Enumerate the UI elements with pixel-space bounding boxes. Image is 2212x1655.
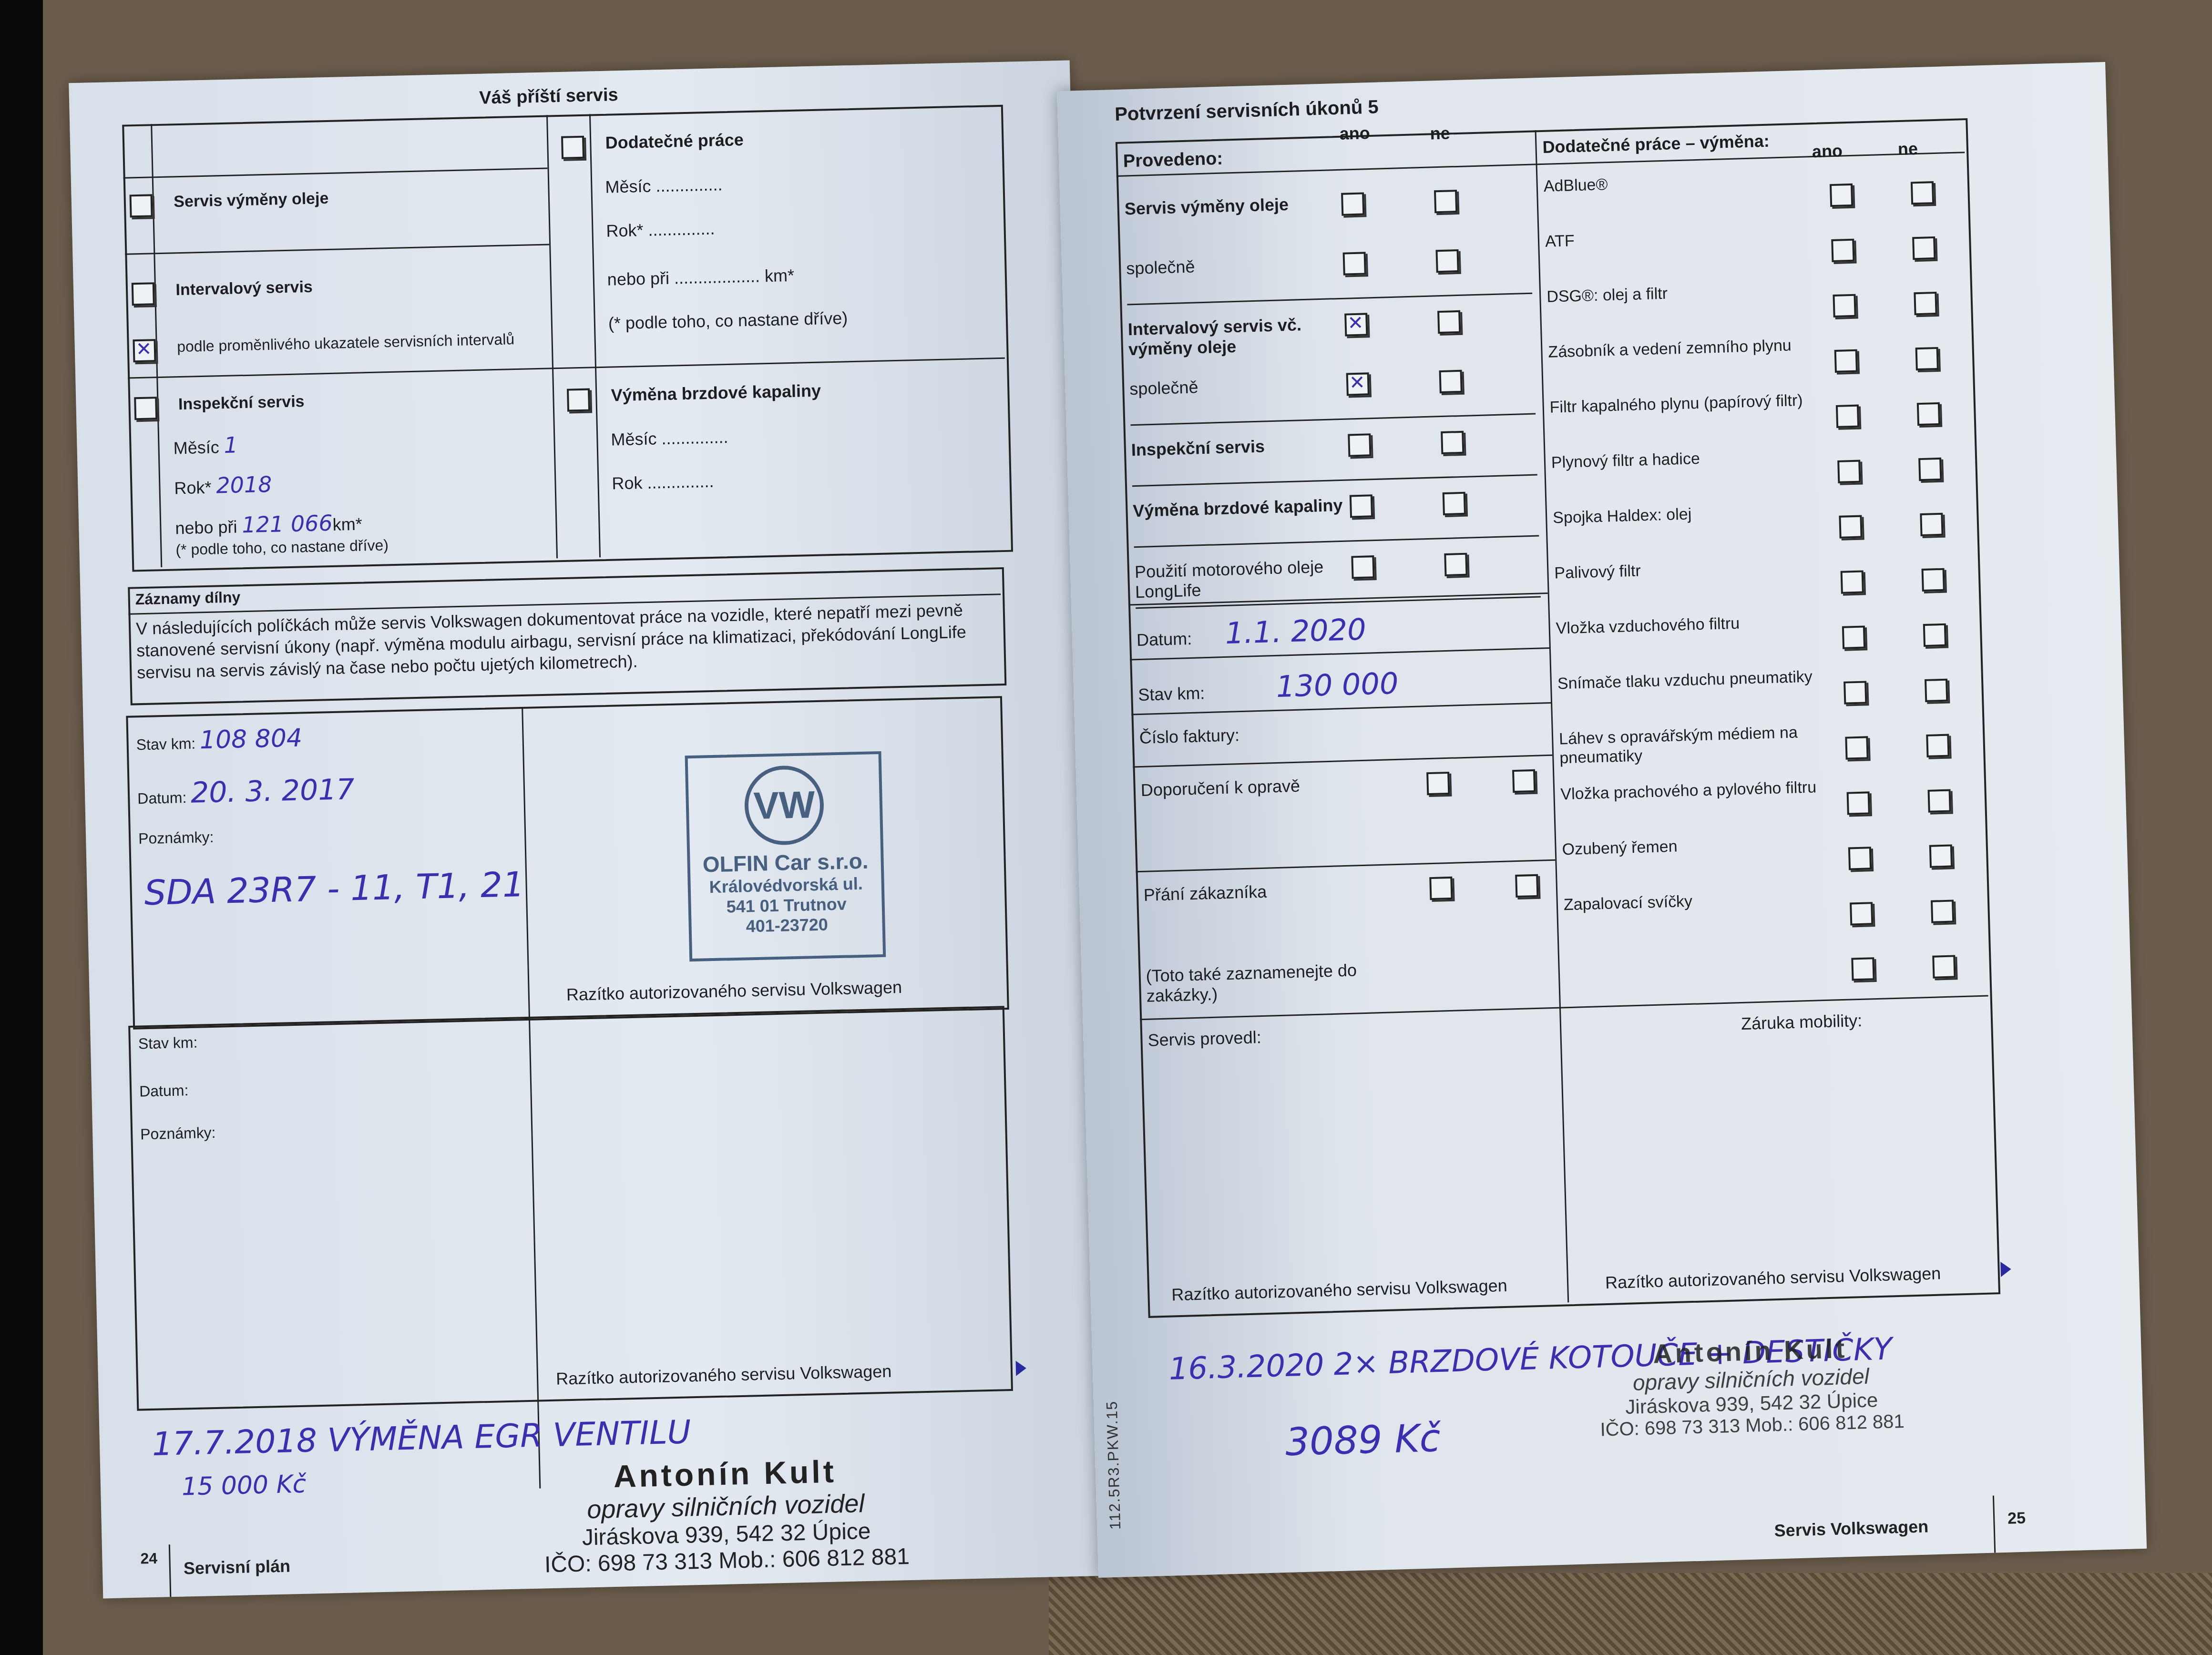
performed-no-checkbox[interactable] <box>1443 492 1466 515</box>
invoice-field[interactable]: Číslo faktury: <box>1139 725 1239 748</box>
performed-row: Servis výměny oleje <box>1124 174 1530 245</box>
left-page-number: 24 <box>140 1550 157 1568</box>
additional-no-checkbox[interactable] <box>1925 679 1948 702</box>
date-field: Datum: 1.1. 2020 <box>1136 612 1367 653</box>
performed-col-yes: ano <box>1339 123 1370 144</box>
additional-no-checkbox[interactable] <box>1929 845 1953 868</box>
additional-no-checkbox[interactable] <box>1912 236 1935 260</box>
performed-no-checkbox[interactable] <box>1435 249 1459 273</box>
record-1-date: Datum: 20. 3. 2017 <box>137 773 355 811</box>
interval-service-item[interactable]: Intervalový servis <box>132 278 313 306</box>
repair-recommendation-no-checkbox[interactable] <box>1512 769 1536 793</box>
workshop-records-title: Záznamy dílny <box>135 588 240 608</box>
additional-no-checkbox[interactable] <box>1926 734 1949 757</box>
kult-stamp-right: Antonín Kult opravy silničních vozidel J… <box>1583 1331 1919 1441</box>
performed-yes-checkbox[interactable] <box>1348 433 1371 457</box>
brake-fluid-block: Výměna brzdové kapaliny Měsíc ..........… <box>567 377 998 494</box>
additional-yes-checkbox[interactable] <box>1831 239 1854 262</box>
additional-no-checkbox[interactable] <box>1917 402 1940 426</box>
performed-no-checkbox[interactable] <box>1437 310 1461 334</box>
performed-yes-checkbox[interactable] <box>1351 555 1374 579</box>
oil-service-checkbox[interactable] <box>130 194 153 217</box>
additional-no-checkbox[interactable] <box>1914 292 1937 315</box>
additional-yes-checkbox[interactable] <box>1834 349 1858 373</box>
performed-no-checkbox[interactable] <box>1439 370 1463 393</box>
handwritten-note-left-line1: 17.7.2018 VÝMĚNA EGR VENTILU <box>152 1413 691 1463</box>
performed-list: Servis výměny olejespolečněIntervalový s… <box>1124 174 1541 609</box>
right-page: Potvrzení servisních úkonů 5 Provedeno: … <box>1057 62 2147 1578</box>
additional-yes-checkbox[interactable] <box>1850 902 1873 925</box>
additional-no-checkbox[interactable] <box>1920 513 1943 536</box>
variable-indicator-checkbox[interactable] <box>133 339 156 362</box>
additional-list: AdBlue®ATFDSG®: olej a filtrZásobník a v… <box>1543 162 1981 1002</box>
customer-wish-yes-checkbox[interactable] <box>1429 877 1453 900</box>
additional-yes-checkbox[interactable] <box>1848 847 1872 870</box>
performed-no-checkbox[interactable] <box>1444 553 1467 576</box>
performed-row: Inspekční servis <box>1131 415 1537 487</box>
inspection-month-value: 1 <box>224 432 238 458</box>
additional-col-no: ne <box>1897 139 1918 159</box>
performed-yes-checkbox[interactable] <box>1341 192 1364 215</box>
left-page-section: Servisní plán <box>183 1556 290 1578</box>
next-page-arrow-icon <box>1016 1360 1027 1376</box>
additional-yes-checkbox[interactable] <box>1833 294 1856 317</box>
performed-yes-checkbox[interactable] <box>1344 313 1368 336</box>
record-2-km-label: Stav km: <box>138 1034 198 1053</box>
additional-yes-checkbox[interactable] <box>1842 625 1865 649</box>
record-2-box <box>128 1006 1013 1410</box>
performed-no-checkbox[interactable] <box>1434 190 1457 213</box>
background-shadow <box>0 0 43 1655</box>
additional-work-checkbox[interactable] <box>561 136 584 159</box>
record-1-notes-label: Poznámky: <box>138 828 214 848</box>
additional-col-yes: ano <box>1812 141 1843 162</box>
document-code: 112.5R3.PKW.15 <box>1103 1400 1125 1530</box>
record-1-km: Stav km: 108 804 <box>136 724 303 756</box>
performed-row: společně <box>1129 354 1536 426</box>
kult-stamp-left: Antonín Kult opravy silničních vozidel J… <box>510 1451 942 1579</box>
right-page-section: Servis Volkswagen <box>1774 1516 1929 1541</box>
performed-col-no: ne <box>1430 123 1450 143</box>
background-fabric <box>1049 1573 2212 1655</box>
record-2-date-label: Datum: <box>139 1082 189 1100</box>
mobility-label: Záruka mobility: <box>1741 1011 1862 1034</box>
next-page-arrow-icon <box>2000 1261 2011 1277</box>
performed-no-checkbox[interactable] <box>1441 431 1464 454</box>
oil-service-item[interactable]: Servis výměny oleje <box>129 189 329 217</box>
additional-no-checkbox[interactable] <box>1923 623 1946 647</box>
additional-no-checkbox[interactable] <box>1915 347 1939 370</box>
km-field: Stav km: 130 000 <box>1137 666 1399 708</box>
additional-no-checkbox[interactable] <box>1918 458 1942 481</box>
performed-row: Výměna brzdové kapaliny <box>1132 475 1539 548</box>
customer-wish-note: (Toto také zaznamenejte do zakázky.) <box>1146 959 1394 1006</box>
inspection-service-checkbox[interactable] <box>134 397 157 420</box>
additional-no-checkbox[interactable] <box>1922 568 1945 592</box>
additional-row <box>1565 935 1981 1002</box>
handwritten-note-right-line2: 3089 Kč <box>1285 1416 1441 1464</box>
additional-yes-checkbox[interactable] <box>1841 570 1864 593</box>
performed-row: společně <box>1126 233 1532 306</box>
additional-work-block: Dodatečné práce Měsíc .............. Rok… <box>561 124 994 334</box>
inspection-service-block: Inspekční servis Měsíc 1 Rok* 2018 nebo … <box>134 387 548 560</box>
olfin-car-stamp: VW OLFIN Car s.r.o. Královédvorská ul. 5… <box>685 751 886 961</box>
repair-recommendation-yes-checkbox[interactable] <box>1426 772 1450 795</box>
interval-service-checkbox[interactable] <box>132 282 155 306</box>
serviced-by-label: Servis provedl: <box>1147 1027 1261 1051</box>
additional-no-checkbox[interactable] <box>1911 181 1934 204</box>
additional-yes-checkbox[interactable] <box>1843 681 1867 704</box>
additional-yes-checkbox[interactable] <box>1851 957 1874 981</box>
performed-yes-checkbox[interactable] <box>1346 372 1370 396</box>
additional-no-checkbox[interactable] <box>1931 899 1954 923</box>
additional-yes-checkbox[interactable] <box>1845 736 1868 759</box>
additional-yes-checkbox[interactable] <box>1839 515 1862 539</box>
inspection-year-value: 2018 <box>216 471 272 499</box>
additional-no-checkbox[interactable] <box>1928 789 1951 813</box>
customer-wish-no-checkbox[interactable] <box>1515 874 1538 898</box>
next-service-title: Váš příští servis <box>479 85 618 109</box>
additional-no-checkbox[interactable] <box>1932 955 1956 978</box>
performed-yes-checkbox[interactable] <box>1350 494 1373 518</box>
vw-logo-icon: VW <box>744 765 825 846</box>
performed-header: Provedeno: <box>1123 149 1223 172</box>
brake-fluid-checkbox[interactable] <box>567 388 590 411</box>
left-page: Váš příští servis Servis výměny oleje In… <box>69 61 1104 1599</box>
handwritten-note-left-line2: 15 000 Kč <box>181 1470 306 1502</box>
additional-yes-checkbox[interactable] <box>1830 184 1853 207</box>
right-page-number: 25 <box>2007 1509 2026 1528</box>
additional-yes-checkbox[interactable] <box>1836 405 1859 428</box>
additional-yes-checkbox[interactable] <box>1837 460 1861 483</box>
record-2-notes-label: Poznámky: <box>140 1124 216 1144</box>
inspection-km-value: 121 066 <box>242 510 333 538</box>
service-confirmation-title: Potvrzení servisních úkonů 5 <box>1115 97 1379 125</box>
additional-yes-checkbox[interactable] <box>1847 791 1870 815</box>
performed-yes-checkbox[interactable] <box>1343 252 1366 275</box>
performed-row: Intervalový servis vč. výměny oleje <box>1127 294 1534 365</box>
